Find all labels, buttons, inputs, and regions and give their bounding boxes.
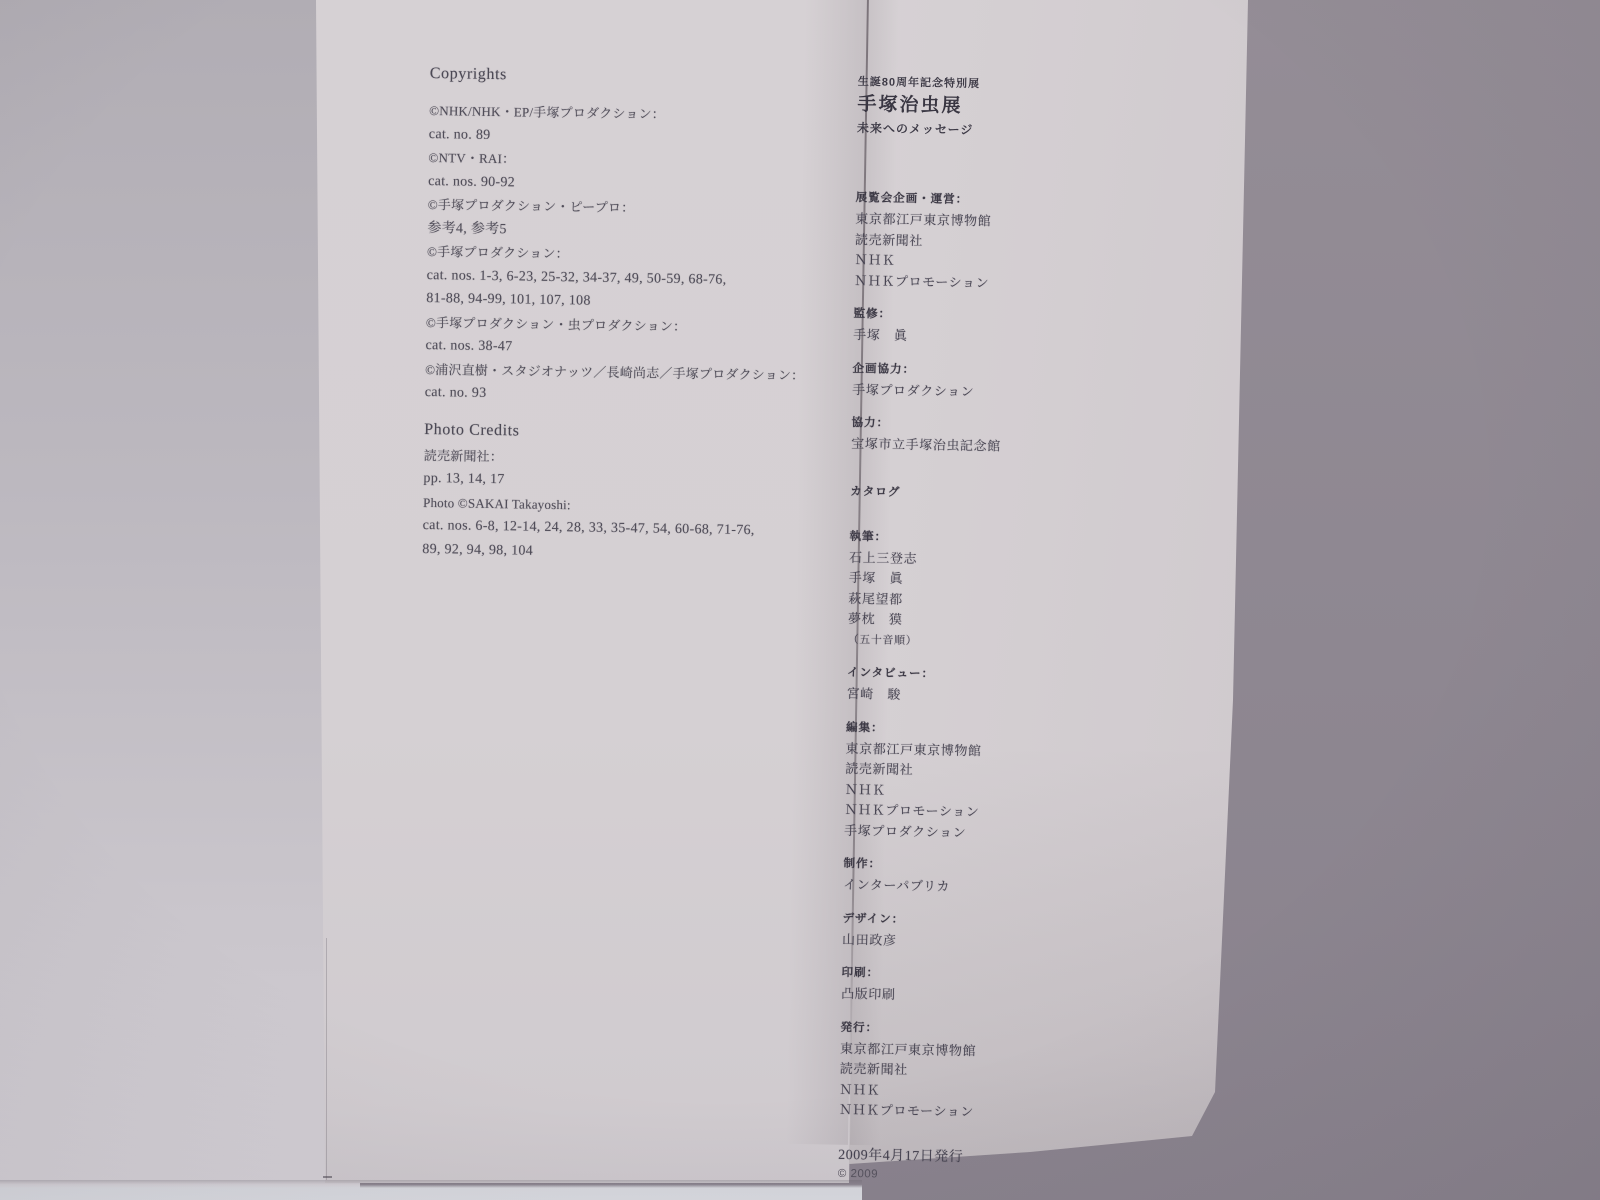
credit-section: インタビュー：宮崎 駿 [846, 663, 1177, 711]
credit-entry: ©手塚プロダクション・虫プロダクション：cat. nos. 38-47 [425, 310, 846, 364]
credit-entry: ©手塚プロダクション・ピープロ：参考4, 参考5 [427, 193, 848, 247]
credit-entry: ©手塚プロダクション：cat. nos. 1-3, 6-23, 25-32, 3… [426, 240, 847, 317]
credit-section: 協力：宝塚市立手塚治虫記念館 [851, 413, 1182, 461]
credit-section: 制作：インターパブリカ [843, 854, 1174, 902]
background-left-surface [0, 0, 360, 1200]
credit-entry: ©NHK/NHK・EP/手塚プロダクション：cat. no. 89 [429, 99, 850, 153]
credit-section-label: カタログ [850, 481, 1180, 508]
credit-entry: 読売新聞社：pp. 13, 14, 17 [423, 443, 844, 497]
underlying-page-edge [326, 938, 327, 1180]
credit-section: 展覧会企画・運営：東京都江戸東京博物館読売新聞社ＮＨＫＮＨＫプロモーション [854, 188, 1186, 297]
page-bottom-edge [0, 1180, 862, 1200]
credit-section: 監修：手塚 眞 [853, 304, 1184, 352]
colophon-column: 生誕80周年記念特別展 手塚治虫展 未来へのメッセージ 展覧会企画・運営：東京都… [838, 74, 1188, 1185]
credit-section: 印刷：凸版印刷 [841, 963, 1172, 1011]
underlying-page-corner [323, 1176, 332, 1178]
credit-section: 企画協力：手塚プロダクション [852, 358, 1183, 406]
photo-credit-entries: 読売新聞社：pp. 13, 14, 17Photo ©SAKAI Takayos… [422, 443, 844, 567]
credit-entry: ©浦沢直樹・スタジオナッツ／長崎尚志／手塚プロダクション：cat. no. 93 [425, 357, 846, 411]
credit-sections: 展覧会企画・運営：東京都江戸東京博物館読売新聞社ＮＨＫＮＨＫプロモーション監修：… [839, 188, 1186, 1126]
credit-section: 執筆：石上三登志手塚 眞萩尾望都夢枕 獏（五十音順） [847, 526, 1179, 656]
credit-section: 編集：東京都江戸東京博物館読売新聞社ＮＨＫＮＨＫプロモーション手塚プロダクション [844, 717, 1176, 847]
credit-section: 発行：東京都江戸東京博物館読売新聞社ＮＨＫＮＨＫプロモーション [839, 1017, 1171, 1126]
exhibition-title-block: 生誕80周年記念特別展 手塚治虫展 未来へのメッセージ [857, 74, 1188, 144]
photo-of-catalog-colophon-spread: Copyrights ©NHK/NHK・EP/手塚プロダクション：cat. no… [0, 0, 1600, 1200]
credit-entry: ©NTV・RAI：cat. nos. 90-92 [428, 146, 849, 200]
credit-section: デザイン：山田政彦 [842, 908, 1173, 956]
credit-entry: Photo ©SAKAI Takayoshi:cat. nos. 6-8, 12… [422, 490, 843, 567]
copyrights-column: Copyrights ©NHK/NHK・EP/手塚プロダクション：cat. no… [422, 62, 850, 568]
credit-section: カタログ [850, 481, 1180, 508]
copyright-entries: ©NHK/NHK・EP/手塚プロダクション：cat. no. 89©NTV・RA… [425, 99, 850, 411]
